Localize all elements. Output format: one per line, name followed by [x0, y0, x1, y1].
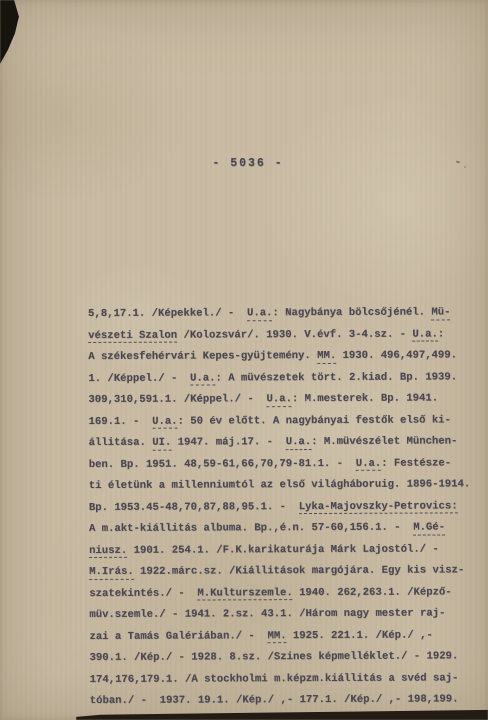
- text-segment: : 50 év előtt. A nagybányai festők első …: [178, 414, 451, 427]
- underlined-text: M.Gé-: [413, 521, 445, 535]
- underlined-text: Lyka-Majovszky-Petrovics:: [299, 500, 458, 514]
- text-line: 1. /Képpel./ - U.a.: A müvészetek tört. …: [88, 367, 470, 390]
- text-segment: Bp. 1953.45-48,70,87,88,95.1. -: [89, 501, 299, 514]
- text-line: ti életünk a millenniumtól az első világ…: [89, 474, 471, 497]
- underlined-text: M.Irás.: [89, 566, 134, 580]
- text-line: szatekintés./ - M.Kulturszemle. 1940. 26…: [89, 582, 471, 605]
- text-segment: müv.szemle./ - 1941. 2.sz. 43.1. /Három …: [89, 607, 445, 621]
- text-segment: A m.akt-kiállitás albuma. Bp.,é.n. 57-60…: [89, 522, 413, 535]
- text-segment: : M.müvészélet München-: [311, 435, 457, 448]
- page-number: - 5036 -: [4, 157, 488, 170]
- text-segment: 1930. 496,497,499.: [336, 349, 457, 362]
- underlined-text: U.a.: [247, 307, 272, 321]
- text-line: A székesfehérvári Kepes-gyüjtemény. MM. …: [88, 345, 470, 368]
- text-segment: : M.mesterek. Bp. 1941.: [292, 392, 438, 405]
- text-segment: ben. Bp. 1951. 48,59-61,66,70,79-81.1. -: [89, 457, 356, 470]
- text-line: müv.szemle./ - 1941. 2.sz. 43.1. /Három …: [89, 603, 471, 626]
- text-segment: 390.1. /Kép./ - 1928. 8.sz. /Szines képm…: [90, 650, 459, 664]
- text-line: 174,176,179.1. /A stockholmi m.képzm.kiá…: [90, 668, 472, 691]
- text-segment: szatekintés./ -: [89, 587, 197, 599]
- text-line: A m.akt-kiállitás albuma. Bp.,é.n. 57-60…: [89, 517, 471, 540]
- text-segment: : A müvészetek tört. 2.kiad. Bp. 1939.: [215, 371, 457, 384]
- text-segment: zai a Tamás Galériában./ -: [89, 630, 267, 643]
- text-segment: 174,176,179.1. /A stockholmi m.képzm.kiá…: [90, 672, 459, 686]
- underlined-text: M.Kulturszemle.: [197, 587, 292, 601]
- text-segment: 169.1. -: [88, 415, 152, 427]
- text-line: vészeti Szalon /Kolozsvár/. 1930. V.évf.…: [88, 324, 470, 347]
- text-segment: 1922.márc.sz. /Kiállitások margójára. Eg…: [134, 564, 465, 577]
- scanned-page: - 5036 - 5,8,17.1. /Képekkel./ - U.a.: N…: [0, 0, 488, 720]
- text-segment: 1925. 221.1. /Kép./ ,-: [287, 629, 433, 642]
- text-line: ben. Bp. 1951. 48,59-61,66,70,79-81.1. -…: [89, 453, 471, 476]
- text-line: M.Irás. 1922.márc.sz. /Kiállitások margó…: [89, 560, 471, 583]
- ink-speck: [464, 166, 466, 168]
- text-segment: 309,310,591.1. /Képpel./ -: [88, 393, 266, 406]
- text-segment: 1901. 254.1. /F.K.karikaturája Márk Lajo…: [127, 543, 439, 556]
- text-segment: :: [438, 328, 444, 340]
- text-line: 390.1. /Kép./ - 1928. 8.sz. /Szines képm…: [90, 646, 472, 669]
- text-line: zai a Tamás Galériában./ - MM. 1925. 221…: [89, 625, 471, 648]
- text-line: Bp. 1953.45-48,70,87,88,95.1. - Lyka-Maj…: [89, 496, 471, 519]
- underlined-text: vészeti Szalon: [88, 329, 177, 343]
- underlined-text: U.a.: [412, 328, 437, 342]
- underlined-text: U.a.: [286, 436, 311, 450]
- underlined-text: Mü-: [431, 306, 450, 320]
- text-line: 169.1. - U.a.: 50 év előtt. A nagybányai…: [88, 410, 470, 433]
- text-segment: állitása.: [89, 437, 153, 449]
- text-segment: 1947. máj.17. -: [171, 436, 285, 448]
- text-segment: : Festésze-: [381, 457, 451, 469]
- text-line: niusz. 1901. 254.1. /F.K.karikaturája Má…: [89, 539, 471, 562]
- text-block: 5,8,17.1. /Képekkel./ - U.a.: Nagybánya …: [88, 302, 471, 712]
- underlined-text: U.a.: [190, 372, 215, 386]
- underlined-text: U.a.: [152, 415, 177, 429]
- underlined-text: niusz.: [89, 544, 127, 558]
- underlined-text: MM.: [317, 350, 336, 364]
- text-segment: 1940. 262,263.1. /Képző-: [293, 586, 452, 599]
- text-segment: 5,8,17.1. /Képekkel./ -: [88, 307, 247, 320]
- text-segment: tóban./ - 1937. 19.1. /Kép./ ,- 177.1. /…: [90, 693, 459, 707]
- text-segment: : Nagybánya bölcsőjénél.: [272, 307, 431, 320]
- text-line: 309,310,591.1. /Képpel./ - U.a.: M.meste…: [88, 388, 470, 411]
- text-segment: 1. /Képpel./ -: [88, 372, 190, 384]
- underlined-text: UI.: [152, 437, 171, 451]
- text-segment: /Kolozsvár/. 1930. V.évf. 3-4.sz. -: [177, 328, 412, 341]
- binding-mark: [0, 0, 22, 64]
- text-segment: A székesfehérvári Kepes-gyüjtemény.: [88, 350, 317, 363]
- underlined-text: MM.: [267, 630, 286, 644]
- text-line: állitása. UI. 1947. máj.17. - U.a.: M.mü…: [89, 431, 471, 454]
- text-line: 5,8,17.1. /Képekkel./ - U.a.: Nagybánya …: [88, 302, 470, 325]
- underlined-text: U.a.: [356, 457, 381, 471]
- text-segment: ti életünk a millenniumtól az első világ…: [89, 478, 470, 492]
- underlined-text: U.a.: [266, 393, 291, 407]
- text-line: tóban./ - 1937. 19.1. /Kép./ ,- 177.1. /…: [90, 689, 472, 712]
